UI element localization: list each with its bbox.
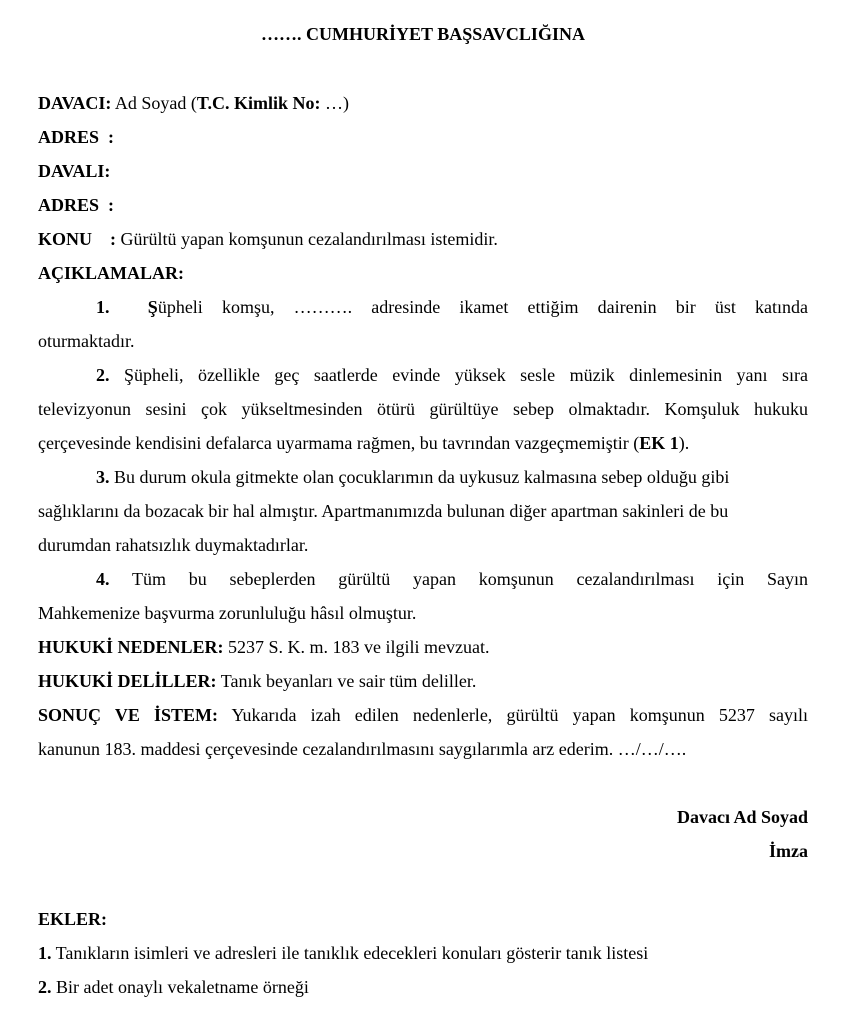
conclusion-line2: kanunun 183. maddesi çerçevesinde cezala…	[38, 738, 808, 760]
subject-label: KONU :	[38, 229, 116, 249]
legal-grounds-value: 5237 S. K. m. 183 ve ilgili mevzuat.	[224, 637, 490, 657]
plaintiff-address-line: ADRES :	[38, 126, 808, 148]
plaintiff-label: DAVACI:	[38, 93, 111, 113]
explanations-heading: AÇIKLAMALAR:	[38, 262, 808, 284]
conclusion-line1: SONUÇ VE İSTEM: Yukarıda izah edilen ned…	[38, 704, 808, 726]
explanation-item-3-line3: durumdan rahatsızlık duymaktadırlar.	[38, 534, 808, 556]
legal-evidence-value: Tanık beyanları ve sair tüm deliller.	[217, 671, 477, 691]
explanation-item-2-line3: çerçevesinde kendisini defalarca uyarmam…	[38, 432, 808, 454]
explanation-item-3-line2: sağlıklarını da bozacak bir hal almıştır…	[38, 500, 808, 522]
attachment-item-1: 1. Tanıkların isimleri ve adresleri ile …	[38, 942, 808, 964]
subject-value: Gürültü yapan komşunun cezalandırılması …	[116, 229, 498, 249]
exhibit-ref: EK 1	[639, 433, 679, 453]
signature-name: Davacı Ad Soyad	[38, 806, 808, 828]
explanation-item-4-line2: Mahkemenize başvurma zorunluluğu hâsıl o…	[38, 602, 808, 624]
subject-line: KONU : Gürültü yapan komşunun cezalandır…	[38, 228, 808, 250]
legal-evidence-line: HUKUKİ DELİLLER: Tanık beyanları ve sair…	[38, 670, 808, 692]
signature-label: İmza	[38, 840, 808, 862]
conclusion-label: SONUÇ VE İSTEM:	[38, 705, 218, 725]
explanation-item-1-line1: 1. Şüpheli komşu, ………. adresinde ikamet …	[38, 296, 808, 318]
explanation-item-4-line1: 4. Tüm bu sebeplerden gürültü yapan komş…	[38, 568, 808, 590]
address-label: ADRES :	[38, 195, 114, 215]
attachments-heading: EKLER:	[38, 908, 808, 930]
explanation-item-3-line1: 3. Bu durum okula gitmekte olan çocuklar…	[38, 466, 808, 488]
tc-label: T.C. Kimlik No:	[197, 93, 321, 113]
defendant-line: DAVALI:	[38, 160, 808, 182]
defendant-address-line: ADRES :	[38, 194, 808, 216]
petition-document: ……. CUMHURİYET BAŞSAVCLIĞINA DAVACI: Ad …	[0, 0, 846, 1024]
attachment-item-2: 2. Bir adet onaylı vekaletname örneği	[38, 976, 808, 998]
address-label: ADRES :	[38, 127, 114, 147]
explanation-item-2-line2: televizyonun sesini çok yükseltmesinden …	[38, 398, 808, 420]
legal-evidence-label: HUKUKİ DELİLLER:	[38, 671, 217, 691]
explanation-item-1-line2: oturmaktadır.	[38, 330, 808, 352]
plaintiff-name: Ad Soyad (	[111, 93, 197, 113]
tc-value: …)	[321, 93, 350, 113]
plaintiff-line: DAVACI: Ad Soyad (T.C. Kimlik No: …)	[38, 92, 808, 114]
legal-grounds-line: HUKUKİ NEDENLER: 5237 S. K. m. 183 ve il…	[38, 636, 808, 658]
legal-grounds-label: HUKUKİ NEDENLER:	[38, 637, 224, 657]
explanation-item-2-line1: 2. Şüpheli, özellikle geç saatlerde evin…	[38, 364, 808, 386]
defendant-label: DAVALI:	[38, 161, 110, 181]
document-title: ……. CUMHURİYET BAŞSAVCLIĞINA	[0, 22, 846, 46]
